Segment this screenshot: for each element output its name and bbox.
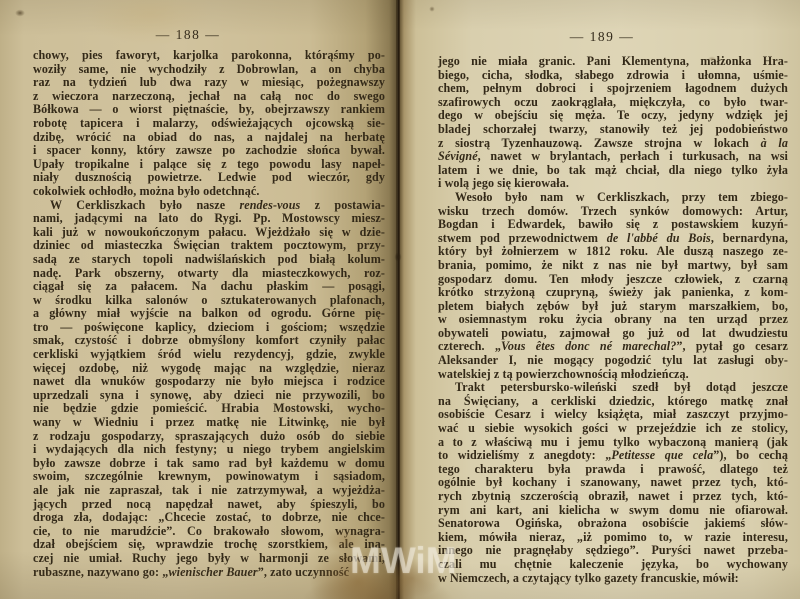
text-line: nawet dla wnuków gospodarzy nie było mie…: [33, 375, 385, 389]
text-line: a to z właściwą mu i jemu tylko wybaczon…: [438, 436, 788, 450]
text-line: Sévigné, nawet w brylantach, perłach i t…: [438, 150, 788, 164]
text-line: robotę tapicera i malarzy, odświeżającyc…: [33, 117, 385, 131]
text-line: dzał obejściem się, wprawdzie trochę szo…: [33, 538, 385, 552]
text-line: dzibę, wrócić na obiad do nas, a najdale…: [33, 131, 385, 145]
text-line: a główny miał wyjście na balkon od ogrod…: [33, 307, 385, 321]
page-number-right: — 189 —: [427, 29, 777, 45]
text-line: uprzedzali syna i synowę, aby dzieci nie…: [33, 389, 385, 403]
text-line: jego nie miała granic. Pani Klementyna, …: [438, 55, 788, 69]
text-line: czej nie umiał. Ruchy jego były w harmon…: [33, 552, 385, 566]
text-line: ciągał się za pałacem. Na dachu płaskim …: [33, 280, 385, 294]
text-line: wisku trzech domów. Trzech synków domowy…: [438, 205, 788, 219]
text-line: Bogdan i Edwardek, bawiło się z postawsk…: [438, 218, 788, 232]
text-line: biego, cicha, słodka, słabego zdrowia i …: [438, 69, 788, 83]
text-line: swoim, szczególnie krewnym, powinowatym …: [33, 470, 385, 484]
text-line: wać u siebie wysokich gości w przejeździ…: [438, 422, 788, 436]
text-line: innego nie pragnęłaby sędziego”. Puryści…: [438, 544, 788, 558]
text-line: pletem białych zębów był już starym mars…: [438, 300, 788, 314]
text-line: brania, pomimo, że nikt z nas nie był ma…: [438, 259, 788, 273]
text-line: gospodarz domu. Ten młody jeszcze człowi…: [438, 273, 788, 287]
text-line: Wesoło było nam w Cerkliszkach, przy tem…: [438, 191, 788, 205]
text-line: w osiemnastym roku życia obrany na ten u…: [438, 313, 788, 327]
text-line: Bółkowa — o wiorst piętnaście, by, obejr…: [33, 103, 385, 117]
text-line: czali mu chętnie kaleczenie języka, bo w…: [438, 558, 788, 572]
text-line: kiem, mówiła nieraz, „iż pomimo to, w ra…: [438, 531, 788, 545]
text-line: więcej ozdobę, niż wygodę mając na wzglę…: [33, 362, 385, 376]
text-line: wany w Wiedniu i przez matkę nie Litwink…: [33, 416, 385, 430]
left-page: — 188 — chowy, pies faworyt, karjolka pa…: [0, 0, 397, 599]
left-page-text: chowy, pies faworyt, karjolka parokonna,…: [33, 49, 385, 579]
text-line: ale jak nie zapraszał, tak i nie zatrzym…: [33, 484, 385, 498]
text-line: chowy, pies faworyt, karjolka parokonna,…: [33, 49, 385, 63]
text-line: było zawsze dobrze i tak samo rad był ka…: [33, 457, 385, 471]
text-line: i wolą jego się kierowała.: [438, 177, 788, 191]
text-line: który był żołnierzem w 1812 roku. Ale du…: [438, 245, 788, 259]
text-line: cokolwiek ochłodło, można było odetchnąć…: [33, 185, 385, 199]
text-line: Trakt petersbursko-wileński szedł był do…: [438, 381, 788, 395]
text-line: nami, jadącymi na lato do Rygi. Pp. Most…: [33, 212, 385, 226]
text-line: rym ani kart, ani kielicha w swym domu n…: [438, 504, 788, 518]
text-line: tego charakteru była prawda i prawość, d…: [438, 463, 788, 477]
text-line: kali już w nowoukończonym pałacu. Wjeżdż…: [33, 226, 385, 240]
text-line: nadę. Park obszerny, otwarty dla miastec…: [33, 267, 385, 281]
text-line: smak, czystość i dobrze obmyślony komfor…: [33, 334, 385, 348]
text-line: to widzieliśmy z anegdoty: „Petitesse qu…: [438, 449, 788, 463]
text-line: osobiście Cesarz i wielcy książęta, miał…: [438, 408, 788, 422]
text-line: obywateli powiatu, zajmował go już od la…: [438, 327, 788, 341]
text-line: bladej schorzałej twarzy, stanowiły też …: [438, 123, 788, 137]
text-line: nie będzie gdzie pomieścić. Hrabia Mosto…: [33, 402, 385, 416]
text-line: sadą ze starych topoli nadwiślańskich po…: [33, 253, 385, 267]
right-page: — 189 — jego nie miała granic. Pani Klem…: [400, 0, 800, 599]
text-line: Upały tropikalne i palące się z tego pow…: [33, 158, 385, 172]
text-line: Senatorowa Ogińska, obrażona osobiście j…: [438, 517, 788, 531]
text-line: raz na tydzień lub dwa razy w miesiąc, p…: [33, 76, 385, 90]
text-line: czterech. „Vous êtes donc né marechal?”,…: [438, 340, 788, 354]
text-line: krótko strzyżoną czupryną, świeży jak pa…: [438, 286, 788, 300]
text-line: W Cerkliszkach było nasze rendes-vous z …: [33, 199, 385, 213]
text-line: niały dusznością powietrze. Ledwie pod w…: [33, 171, 385, 185]
text-line: ogólnie był kochany i szanowany, nawet p…: [438, 476, 788, 490]
text-line: jących przed nocą napędzał nawet, aby śp…: [33, 498, 385, 512]
text-line: dziniec od miasteczka Święcian traktem p…: [33, 239, 385, 253]
right-page-text: jego nie miała granic. Pani Klementyna, …: [438, 55, 788, 585]
text-line: i spacer konny, który zawsze po zachodzi…: [33, 144, 385, 158]
text-line: i wydających dla nich festyny; u niego t…: [33, 443, 385, 457]
text-line: tro — poświęcone kaplicy, dzieciom i goś…: [33, 321, 385, 335]
text-line: latem i we dnie, bo tak mąż chciał, dla …: [438, 164, 788, 178]
text-line: watelskiej z tą powierzchownością młodzi…: [438, 368, 788, 382]
text-line: z siostrą Tyzenhauzową. Zawsze strojna w…: [438, 137, 788, 151]
text-line: stwem pod przewodnictwem de l'abbé du Bo…: [438, 232, 788, 246]
page-number-left: — 188 —: [12, 27, 364, 43]
text-line: szafirowych oczu zaokrąglała, miękczyła,…: [438, 96, 788, 110]
text-line: rubaszne, nazywano go: „wienischer Bauer…: [33, 566, 385, 580]
text-line: woziły same, nie wychodziły z Dobrowlan,…: [33, 63, 385, 77]
text-line: w środku kilka salonów o sztukaterowanyc…: [33, 294, 385, 308]
text-line: na Święciany, a cerkliski dziedzic, któr…: [438, 395, 788, 409]
text-line: chem, pełnym dobroci i spojrzeniem łagod…: [438, 82, 788, 96]
text-line: rych zbytnią szczerością obraził, nawet …: [438, 490, 788, 504]
text-line: z wieczora narzeczoną, jechał na całą no…: [33, 90, 385, 104]
book-scan: — 188 — chowy, pies faworyt, karjolka pa…: [0, 0, 800, 599]
text-line: z rodzaju gospodarzy, spraszających dużo…: [33, 430, 385, 444]
text-line: droga zła, dodając: „Chcecie zostać, to …: [33, 511, 385, 525]
text-line: dego w obejściu się męża. Te oczy, jedyn…: [438, 109, 788, 123]
text-line: cie, to nie marudźcie”. Co brakowało sło…: [33, 525, 385, 539]
text-line: cerkliski wyjątkiem śród wielu rezydency…: [33, 348, 385, 362]
text-line: Aleksander I, nie mogący pogodzić tylu l…: [438, 354, 788, 368]
text-line: w Niemczech, a czytający tylko gazety fr…: [438, 572, 788, 586]
